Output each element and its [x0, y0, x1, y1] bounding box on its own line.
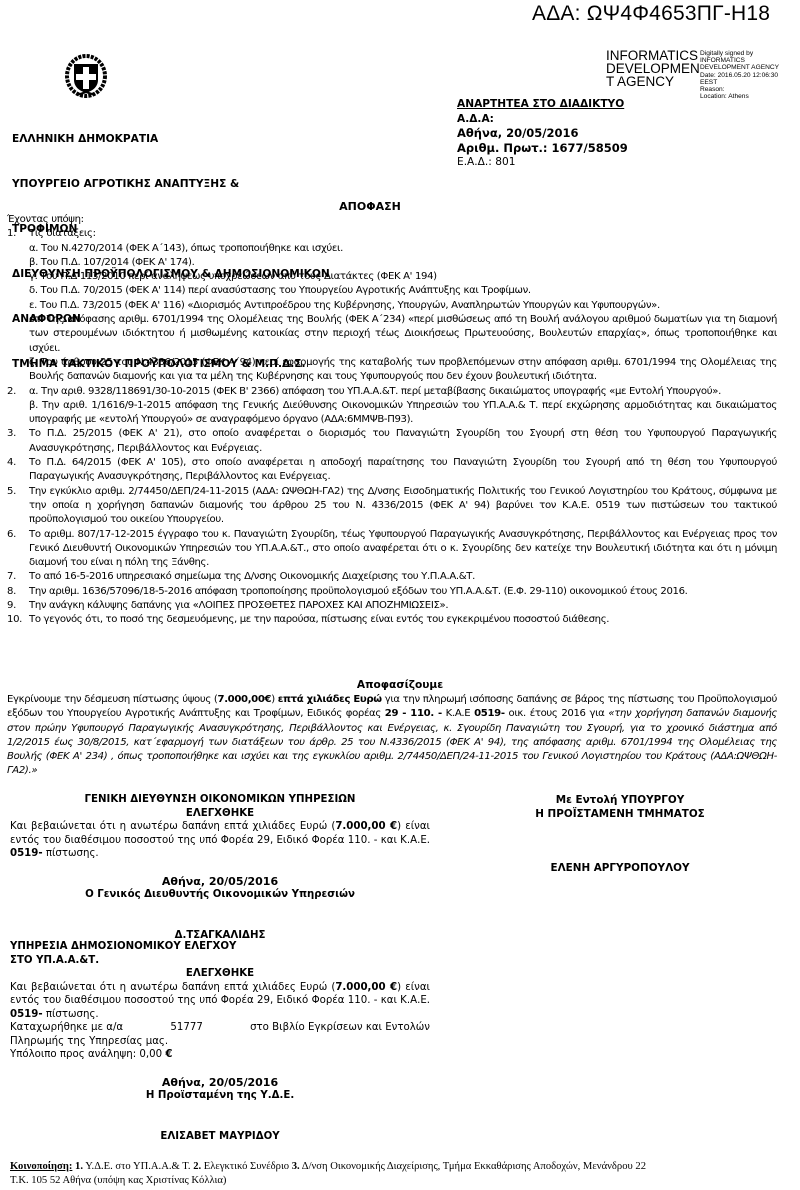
ead-number: Ε.Α.Δ.: 801 — [457, 155, 628, 170]
text: Και βεβαιώνεται ότι η ανωτέρω δαπάνη επτ… — [10, 982, 335, 993]
gdoy-text: Και βεβαιώνεται ότι η ανωτέρω δαπάνη επτ… — [10, 820, 430, 861]
item-number: 1. — [7, 227, 16, 241]
gdoy-role: Ο Γενικός Διευθυντής Οικονομικών Υπηρεσι… — [10, 888, 430, 902]
sig-detail: Reason: — [700, 86, 779, 93]
gdoy-checked: ΕΛΕΓΧΘΗΚΕ — [10, 807, 430, 821]
item-number: 9. — [7, 599, 16, 613]
sub-item: β. Του Π.Δ. 107/2014 (ΦΕΚ Α' 174). — [29, 256, 777, 270]
consideration-item: 3.Το Π.Δ. 25/2015 (ΦΕΚ Α' 21), στο οποίο… — [7, 427, 777, 456]
item-number: 10. — [7, 613, 22, 627]
org-line: ΥΠΟΥΡΓΕΙΟ ΑΓΡΟΤΙΚΗΣ ΑΝΑΠΤΥΞΗΣ & — [12, 177, 330, 192]
consideration-item: 1.Τις διατάξεις:α. Του Ν.4270/2014 (ΦΕΚ … — [7, 227, 777, 384]
consideration-item: 8.Την αριθμ. 1636/57096/18-5-2016 απόφασ… — [7, 585, 777, 599]
registration-line-2: Πληρωμής της Υπηρεσίας μας. — [10, 1035, 430, 1049]
greek-coat-of-arms-icon — [63, 54, 109, 100]
ada-label: Α.Δ.Α: — [457, 112, 628, 127]
consideration-item: 5.Την εγκύκλιο αριθμ. 2/74450/ΔΕΠ/24-11-… — [7, 485, 777, 528]
sub-item: ζ. Του άρθρου 25 του Ν.4336/2015 (ΦΕΚ Α΄… — [29, 356, 777, 385]
registration-number: 51777 — [170, 1021, 202, 1035]
sub-item: στ. Της απόφασης αριθμ. 6701/1994 της Ολ… — [29, 313, 777, 356]
minister-signature-block: Με Εντολή ΥΠΟΥΡΓΟΥ Η ΠΡΟΪΣΤΑΜΕΝΗ ΤΜΗΜΑΤΟ… — [470, 794, 770, 821]
sig-detail: Date: 2016.05.20 12:06:30 — [700, 72, 779, 79]
num: 3. — [292, 1161, 300, 1172]
text: Κ.Α.Ε — [442, 708, 474, 719]
item-number: 4. — [7, 456, 16, 470]
carrier-code: 29 - 110. - — [385, 708, 442, 719]
we-decide-body: Εγκρίνουμε την δέσμευση πίστωσης ύψους (… — [7, 693, 777, 779]
posting-info: ΑΝΑΡΤΗΤΕΑ ΣΤΟ ΔΙΑΔΙΚΤΥΟ Α.Δ.Α: Αθήνα, 20… — [457, 97, 628, 170]
sig-detail: EEST — [700, 79, 779, 86]
head-of-department: Η ΠΡΟΪΣΤΑΜΕΝΗ ΤΜΗΜΑΤΟΣ — [470, 808, 770, 822]
item-number: 6. — [7, 528, 16, 542]
amount: 7.000,00€ — [218, 694, 272, 705]
item-text: Την εγκύκλιο αριθμ. 2/74450/ΔΕΠ/24-11-20… — [29, 485, 777, 528]
item-text: Τις διατάξεις: — [29, 227, 777, 241]
kae-code: 0519- — [10, 848, 43, 859]
yde-block: ΥΠΗΡΕΣΙΑ ΔΗΜΟΣΙΟΝΟΜΙΚΟΥ ΕΛΕΓΧΟΥ ΣΤΟ ΥΠ.Α… — [10, 940, 430, 1143]
text: Και βεβαιώνεται ότι η ανωτέρω δαπάνη επτ… — [10, 821, 335, 832]
text: οικ. έτους 2016 για — [505, 708, 609, 719]
decision-title: ΑΠΟΦΑΣΗ — [0, 200, 740, 213]
item-text: Την αριθμ. 1636/57096/18-5-2016 απόφαση … — [29, 585, 777, 599]
consideration-item: 4.Το Π.Δ. 64/2015 (ΦΕΚ Α' 105), στο οποί… — [7, 456, 777, 485]
posting-heading: ΑΝΑΡΤΗΤΕΑ ΣΤΟ ΔΙΑΔΙΚΤΥΟ — [457, 97, 628, 112]
sub-item: δ. Του Π.Δ. 70/2015 (ΦΕΚ Α' 114) περί αν… — [29, 284, 777, 298]
protocol-number: Αριθμ. Πρωτ.: 1677/58509 — [457, 141, 628, 156]
registration-line: Καταχωρήθηκε με α/α 51777 στο Βιβλίο Εγκ… — [10, 1021, 430, 1035]
digital-signature-name: INFORMATICS DEVELOPMEN T AGENCY — [606, 49, 700, 88]
yde-role: Η Προϊσταμένη της Υ.Δ.Ε. — [10, 1089, 430, 1103]
item-number: 7. — [7, 570, 16, 584]
distribution-label: Κοινοποίηση: — [10, 1161, 72, 1172]
text: Εγκρίνουμε την δέσμευση πίστωσης ύψους ( — [7, 694, 218, 705]
minister-signatory: ΕΛΕΝΗ ΑΡΓΥΡΟΠΟΥΛΟΥ — [470, 862, 770, 874]
ada-code: ΑΔΑ: ΩΨ4Φ4653ΠΓ-Η18 — [532, 2, 770, 26]
distribution-footer: Κοινοποίηση: 1. Υ.Δ.Ε. στο ΥΠ.Α.Α.& Τ. 2… — [10, 1160, 790, 1187]
digital-signature-details: Digitally signed by INFORMATICS DEVELOPM… — [700, 50, 779, 100]
kae-code: 0519- — [474, 708, 505, 719]
yde-heading: ΥΠΗΡΕΣΙΑ ΔΗΜΟΣΙΟΝΟΜΙΚΟΥ ΕΛΕΓΧΟΥ — [10, 940, 430, 954]
num: 2. — [193, 1161, 201, 1172]
amount-words: επτά χιλιάδες Ευρώ — [278, 694, 382, 705]
org-line: ΕΛΛΗΝΙΚΗ ΔΗΜΟΚΡΑΤΙΑ — [12, 132, 330, 147]
text: πίστωσης. — [43, 848, 99, 859]
balance-line: Υπόλοιπο προς ανάληψη: 0,00 € — [10, 1048, 430, 1062]
sub-item: ε. Του Π.Δ. 73/2015 (ΦΕΚ Α' 116) «Διορισ… — [29, 299, 777, 313]
sig-detail: Digitally signed by — [700, 50, 779, 57]
consideration-item: 7.Το από 16-5-2016 υπηρεσιακό σημείωμα τ… — [7, 570, 777, 584]
sub-item: γ. Του Π.Δ 113/2010 περί αναλήψεως υποχρ… — [29, 270, 777, 284]
item-text: Το Π.Δ. 25/2015 (ΦΕΚ Α' 21), στο οποίο α… — [29, 427, 777, 456]
balance-label: Υπόλοιπο προς ανάληψη: 0,00 — [10, 1049, 165, 1060]
amount: 7.000,00 € — [335, 821, 397, 832]
posting-date: Αθήνα, 20/05/2016 — [457, 126, 628, 141]
text: Ελεγκτικό Συνέδριο — [201, 1161, 292, 1172]
we-decide-title: Αποφασίζουμε — [0, 679, 800, 691]
minister-order: Με Εντολή ΥΠΟΥΡΓΟΥ — [470, 794, 770, 808]
item-text: Την ανάγκη κάλυψης δαπάνης για «ΛΟΙΠΕΣ Π… — [29, 599, 777, 613]
sig-line: T AGENCY — [606, 75, 700, 88]
consideration-item: 10.Το γεγονός ότι, το ποσό της δεσμευόμε… — [7, 613, 777, 627]
item-number: 5. — [7, 485, 16, 499]
decision-body: Έχοντας υπόψη: 1.Τις διατάξεις:α. Του Ν.… — [7, 213, 777, 628]
kae-code: 0519- — [10, 1009, 43, 1020]
yde-text: Και βεβαιώνεται ότι η ανωτέρω δαπάνη επτ… — [10, 981, 430, 1022]
sig-detail: DEVELOPMENT AGENCY — [700, 64, 779, 71]
gdoy-block: ΓΕΝΙΚΗ ΔΙΕΥΘΥΝΣΗ ΟΙΚΟΝΟΜΙΚΩΝ ΥΠΗΡΕΣΙΩΝ Ε… — [10, 793, 430, 942]
num: 1. — [75, 1161, 83, 1172]
text: Δ/νση Οικονομικής Διαχείρισης, Τμήμα Εκκ… — [300, 1161, 646, 1172]
item-number: 8. — [7, 585, 16, 599]
sub-item: β. Την αριθ. 1/1616/9-1-2015 απόφαση της… — [29, 399, 777, 428]
yde-date: Αθήνα, 20/05/2016 — [10, 1076, 430, 1090]
amount: 7.000,00 € — [335, 982, 397, 993]
registration-book: στο Βιβλίο Εγκρίσεων και Εντολών — [250, 1021, 430, 1035]
currency: € — [165, 1049, 172, 1060]
item-text: Το από 16-5-2016 υπηρεσιακό σημείωμα της… — [29, 570, 777, 584]
item-number: 3. — [7, 427, 16, 441]
consideration-item: 6.Το αριθμ. 807/17-12-2015 έγγραφο του κ… — [7, 528, 777, 571]
consideration-item: 9.Την ανάγκη κάλυψης δαπάνης για «ΛΟΙΠΕΣ… — [7, 599, 777, 613]
sig-detail: Location: Athens — [700, 93, 779, 100]
item-number: 2. — [7, 385, 16, 399]
distribution-line-2: Τ.Κ. 105 52 Αθήνα (υπόψη κας Χριστίνας Κ… — [10, 1174, 790, 1188]
item-text: Το Π.Δ. 64/2015 (ΦΕΚ Α' 105), στο οποίο … — [29, 456, 777, 485]
considerations-list: 1.Τις διατάξεις:α. Του Ν.4270/2014 (ΦΕΚ … — [7, 227, 777, 627]
yde-signatory: ΕΛΙΣΑΒΕΤ ΜΑΥΡΙΔΟΥ — [10, 1130, 430, 1144]
gdoy-heading: ΓΕΝΙΚΗ ΔΙΕΥΘΥΝΣΗ ΟΙΚΟΝΟΜΙΚΩΝ ΥΠΗΡΕΣΙΩΝ — [10, 793, 430, 807]
sig-detail: INFORMATICS — [700, 57, 779, 64]
item-text: Το γεγονός ότι, το ποσό της δεσμευόμενης… — [29, 613, 777, 627]
sub-item: α. Του Ν.4270/2014 (ΦΕΚ Α΄143), όπως τρο… — [29, 242, 777, 256]
text: ) — [271, 694, 278, 705]
item-text: Το αριθμ. 807/17-12-2015 έγγραφο του κ. … — [29, 528, 777, 571]
distribution-line-1: Κοινοποίηση: 1. Υ.Δ.Ε. στο ΥΠ.Α.Α.& Τ. 2… — [10, 1160, 790, 1174]
text: Υ.Δ.Ε. στο ΥΠ.Α.Α.& Τ. — [83, 1161, 193, 1172]
consideration-item: 2.α. Την αριθ. 9328/118691/30-10-2015 (Φ… — [7, 385, 777, 428]
item-text: α. Την αριθ. 9328/118691/30-10-2015 (ΦΕΚ… — [29, 385, 777, 399]
yde-subheading: ΣΤΟ ΥΠ.Α.Α.&Τ. — [10, 954, 430, 968]
gdoy-date: Αθήνα, 20/05/2016 — [10, 875, 430, 889]
registration-label: Καταχωρήθηκε με α/α — [10, 1021, 123, 1035]
preamble: Έχοντας υπόψη: — [7, 213, 777, 227]
text: πίστωσης. — [43, 1009, 99, 1020]
yde-checked: ΕΛΕΓΧΘΗΚΕ — [10, 967, 430, 981]
